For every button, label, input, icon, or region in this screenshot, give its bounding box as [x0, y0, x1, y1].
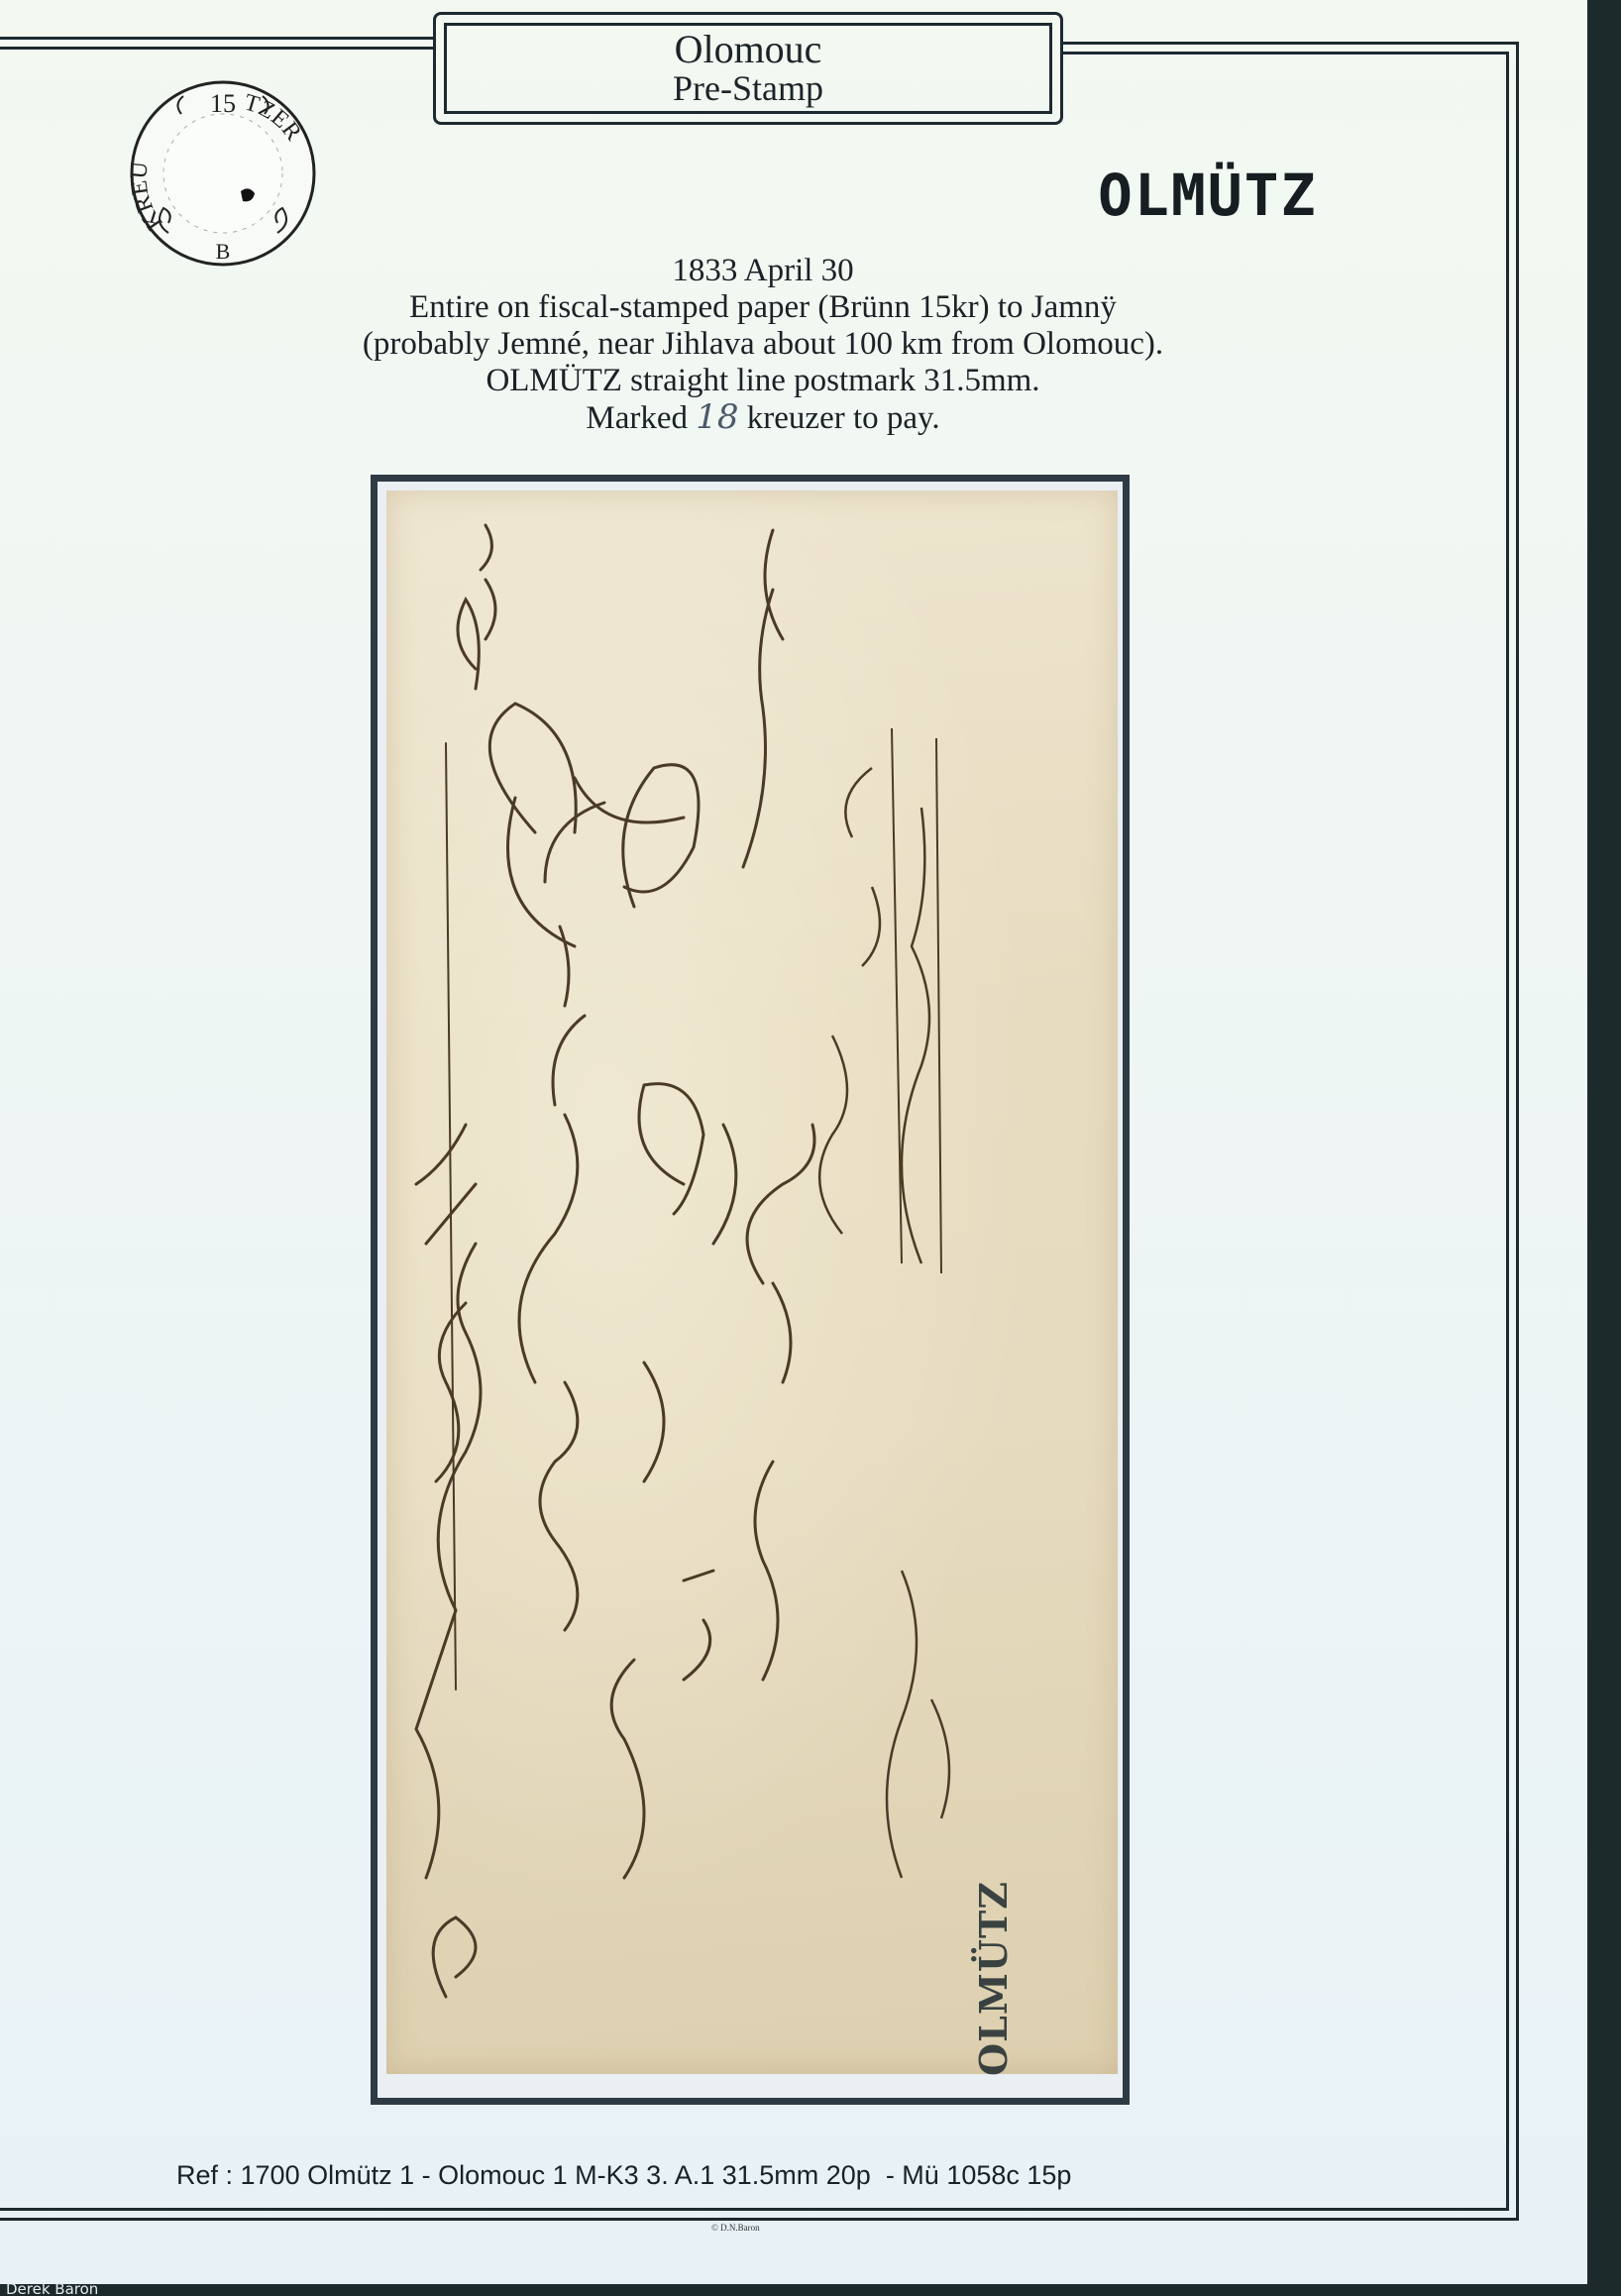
page-title: Olomouc: [675, 30, 822, 69]
handwritten-rate: 18: [696, 397, 738, 437]
letter-postmark: OLMÜTZ: [971, 1881, 1016, 2076]
description-date: 1833 April 30: [297, 253, 1229, 289]
fiscal-stamp-letter: B: [216, 239, 231, 264]
reference-line: Ref : 1700 Olmütz 1 - Olomouc 1 M-K3 3. …: [176, 2160, 1167, 2191]
frame-bottom-outer: [0, 2218, 1519, 2221]
frame-top-left-inner: [0, 47, 433, 50]
description: 1833 April 30 Entire on fiscal-stamped p…: [297, 253, 1229, 437]
album-page: Olomouc Pre-Stamp KREU TZER 15 B OLMÜ: [0, 0, 1587, 2284]
postmark-illustration: OLMÜTZ: [1098, 161, 1365, 230]
copyright: © D.N.Baron: [711, 2223, 760, 2233]
frame-top-right-inner: [1063, 52, 1509, 55]
description-line-2: (probably Jemné, near Jihlava about 100 …: [297, 326, 1229, 363]
handwriting-icon: [386, 491, 1118, 2074]
frame-top-right-outer: [1063, 42, 1519, 45]
letter-entire: OLMÜTZ: [386, 491, 1118, 2074]
frame-top-left-outer: [0, 37, 433, 40]
description-line-4: Marked 18 kreuzer to pay.: [297, 399, 1229, 437]
frame-bottom-inner: [0, 2208, 1509, 2211]
page-subtitle: Pre-Stamp: [673, 69, 823, 107]
fiscal-stamp-icon: KREU TZER 15 B: [124, 74, 322, 273]
title-box: Olomouc Pre-Stamp: [433, 12, 1063, 125]
description-line-1: Entire on fiscal-stamped paper (Brünn 15…: [297, 289, 1229, 326]
description-line-3: OLMÜTZ straight line postmark 31.5mm.: [297, 363, 1229, 399]
frame-right-inner: [1506, 53, 1509, 2211]
frame-right-outer: [1516, 44, 1519, 2219]
photographer-watermark: Derek Baron: [6, 2280, 98, 2296]
fiscal-stamp-value: 15: [210, 89, 236, 118]
